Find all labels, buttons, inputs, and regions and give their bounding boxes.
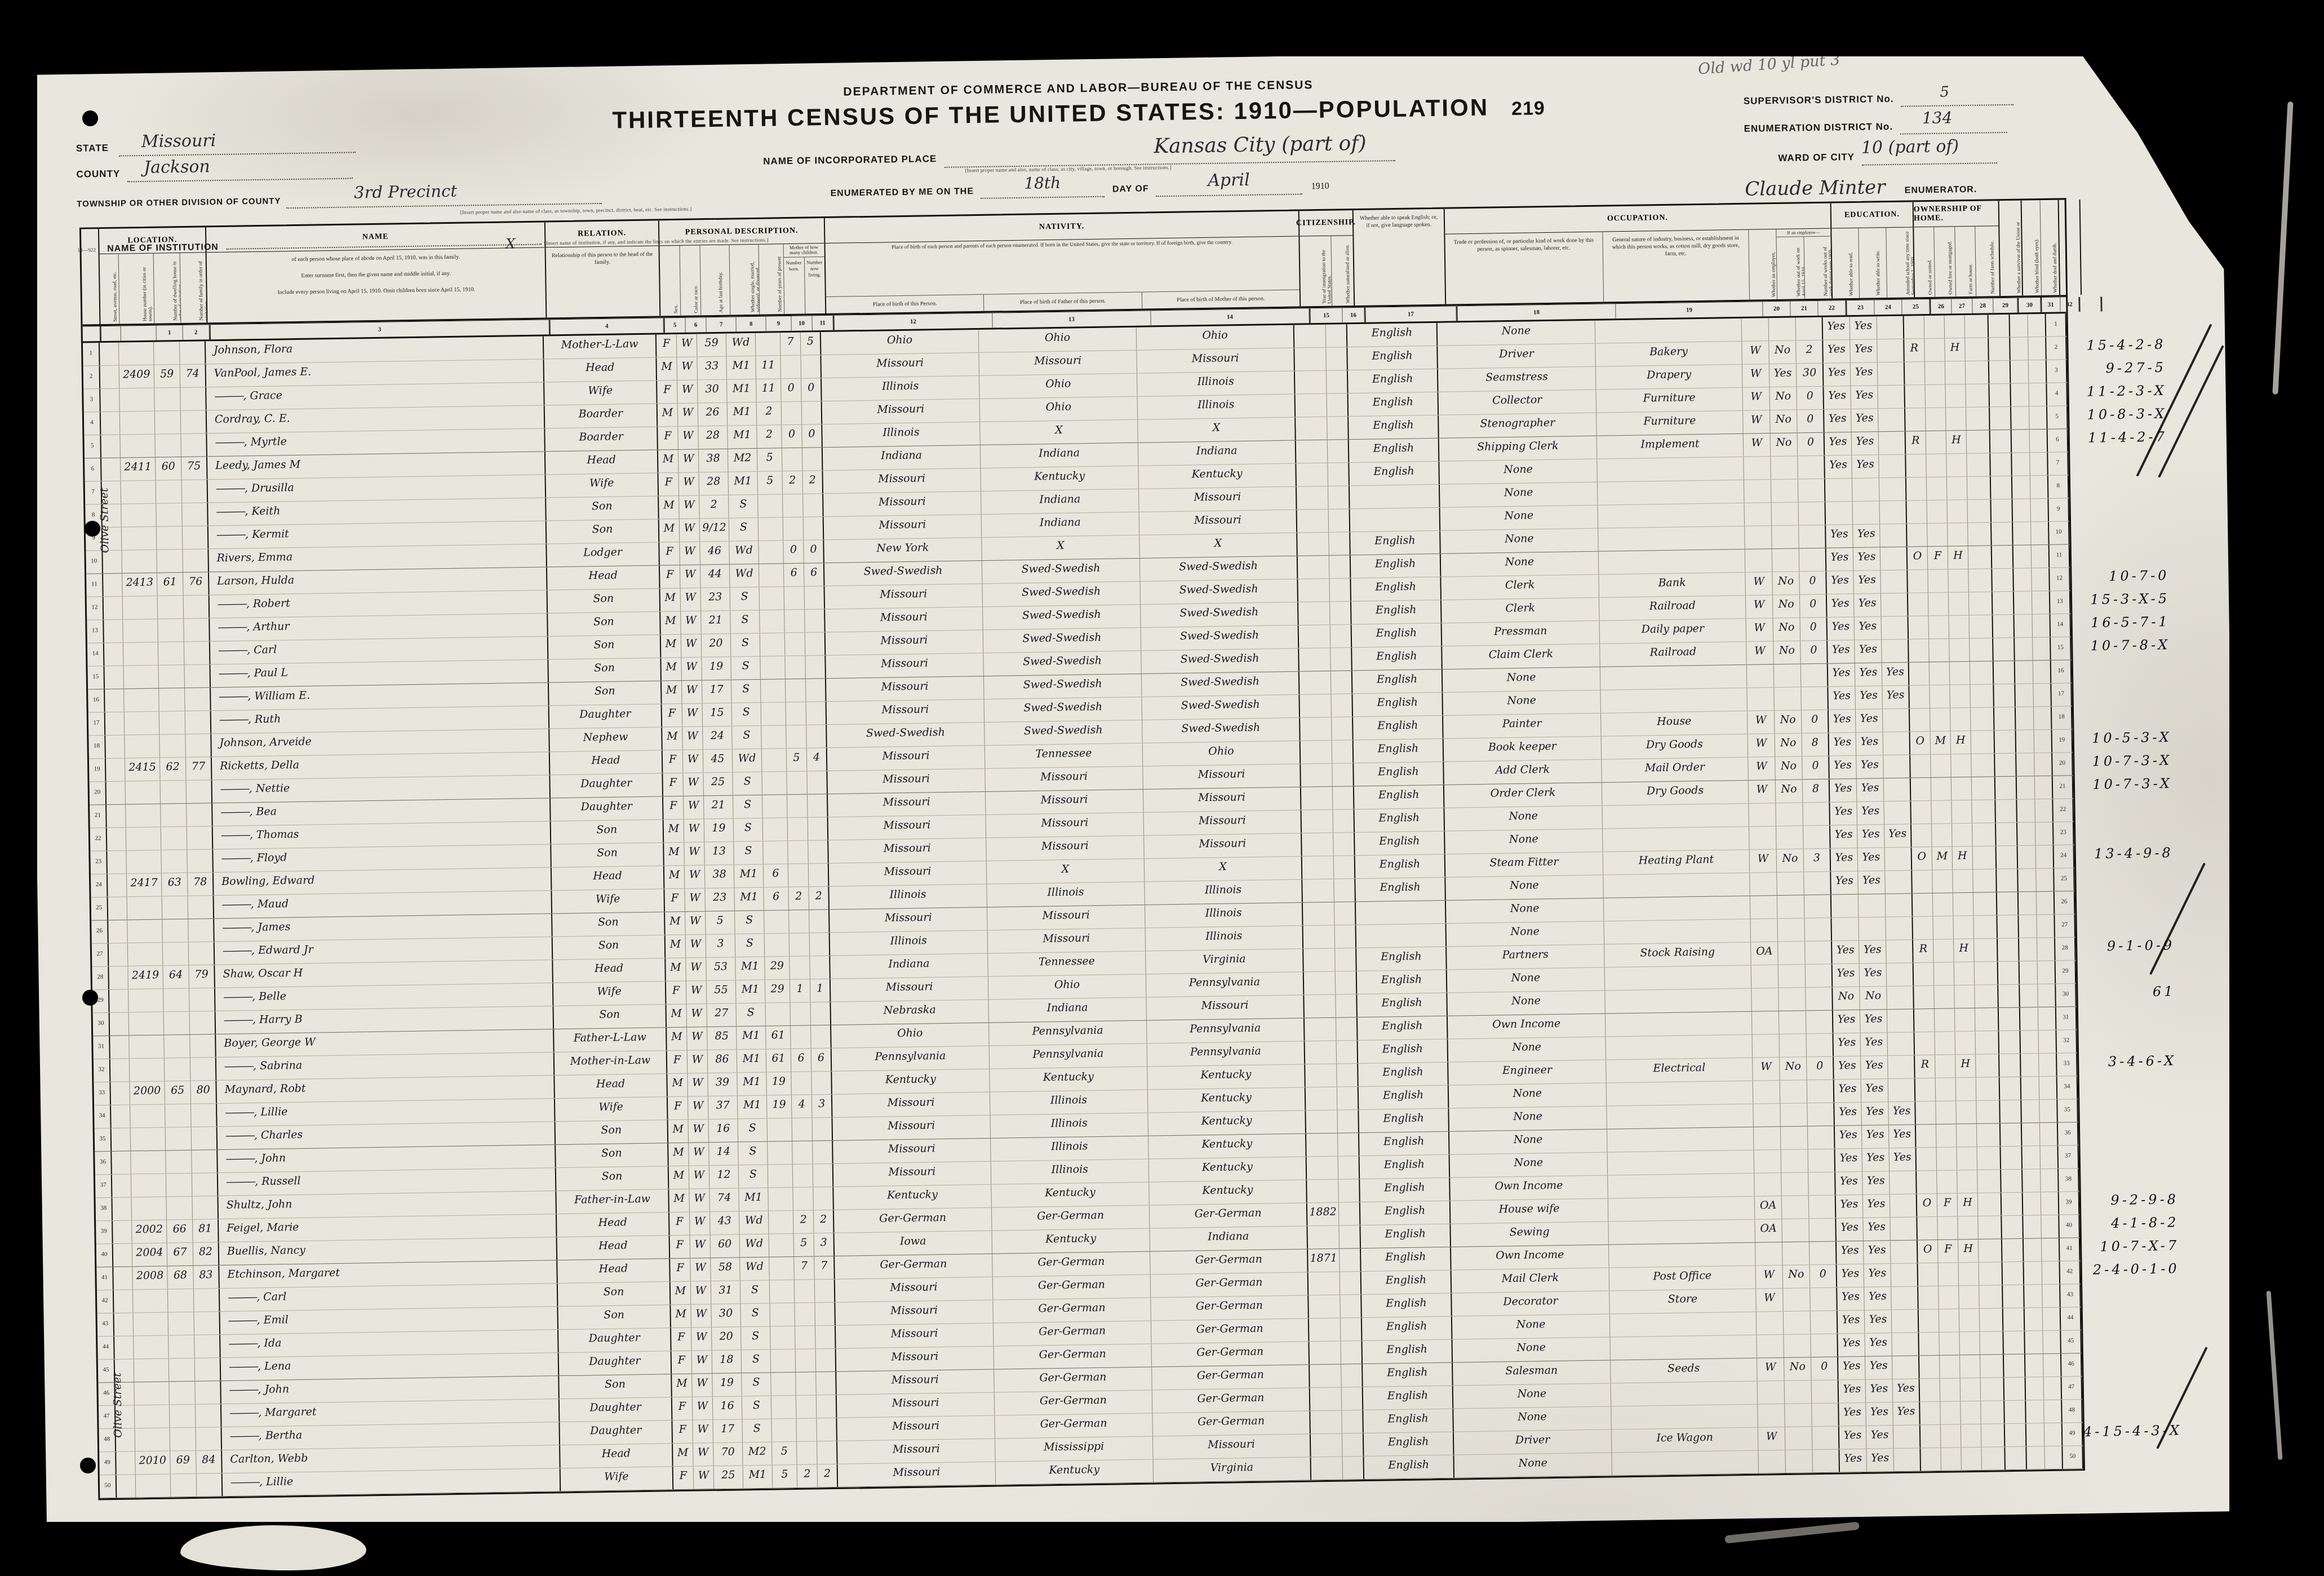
- col-o1-label: Owned or rented.: [1914, 227, 1935, 298]
- header-col-im: Year of immigration to the United States…: [1300, 236, 1332, 307]
- cell-o3: [1954, 962, 1975, 985]
- cell-sc: [1884, 802, 1911, 825]
- cell-bl: [2020, 984, 2038, 1007]
- cell-im: [1296, 440, 1328, 463]
- cell-d: [156, 503, 183, 526]
- cell-cs: [1751, 988, 1779, 1011]
- cell-d: [166, 1197, 193, 1220]
- cell-lnR: 19: [2052, 729, 2073, 752]
- cell-rd: Yes: [1826, 525, 1853, 548]
- cell-in: [1608, 1174, 1755, 1198]
- cell-h: [119, 388, 155, 411]
- cell-in: [1604, 919, 1751, 944]
- cell-wr: Yes: [1858, 848, 1886, 871]
- cell-wv: [2004, 1354, 2026, 1378]
- cell-y: [769, 1234, 795, 1257]
- cell-lnR: 5: [2047, 406, 2068, 429]
- cell-lg: English: [1358, 1016, 1448, 1040]
- cell-d: [170, 1428, 197, 1451]
- cell-d: [159, 711, 186, 734]
- cell-sx: F: [658, 473, 679, 496]
- cell-h: [134, 1382, 170, 1405]
- cell-rd: Yes: [1837, 1241, 1864, 1264]
- cell-cl: 0: [804, 540, 824, 563]
- col-b-label: Place of birth of this Person.: [826, 295, 984, 313]
- cell-rd: Yes: [1831, 871, 1859, 895]
- cell-lg: English: [1350, 531, 1441, 555]
- cell-lnR: 10: [2049, 521, 2070, 544]
- cell-o1: [1919, 1309, 1940, 1332]
- numbers-group: 17: [1365, 306, 1457, 322]
- cell-m: Wd: [730, 564, 760, 587]
- col-fb-label: Place of birth of Father of this person.: [984, 293, 1142, 311]
- cell-d: 65: [165, 1081, 191, 1104]
- cell-fb: Kentucky: [991, 1183, 1150, 1207]
- cell-y: [770, 1303, 795, 1326]
- cell-im: [1305, 1041, 1337, 1064]
- cell-cs: [1752, 1034, 1780, 1057]
- cell-f: 76: [183, 572, 210, 595]
- cell-st: [109, 967, 128, 990]
- cell-im: [1305, 1064, 1337, 1087]
- cell-sx: F: [671, 1328, 692, 1351]
- cell-wv: [2003, 1262, 2025, 1285]
- cell-o3: H: [1948, 546, 1969, 569]
- cell-y: [770, 1280, 795, 1303]
- ditto-surname-dash: ———: [220, 782, 249, 795]
- cell-in: [1607, 1104, 1754, 1129]
- cell-wk: [1806, 964, 1833, 988]
- cell-wv: [1999, 1031, 2021, 1054]
- cell-wk: [1809, 1219, 1837, 1242]
- nativity-note: Place of birth of each person and parent…: [825, 237, 1299, 297]
- cell-lnR: 26: [2055, 891, 2075, 914]
- group-title-own: OWNERSHIP OF HOME.: [1914, 201, 1999, 227]
- county-label: COUNTY: [76, 169, 120, 180]
- cell-sx: M: [662, 681, 682, 704]
- cell-o3: H: [1954, 939, 1975, 962]
- cell-wv: [1997, 846, 2019, 869]
- cell-oc: Driver: [1454, 1430, 1612, 1455]
- row-margin-scribble: 10-7-8-X: [2090, 637, 2170, 654]
- cell-cb: 0: [782, 425, 802, 448]
- cell-o4: [1976, 1077, 2001, 1100]
- cell-o3: [1945, 361, 1966, 384]
- cell-o2: [1933, 916, 1954, 939]
- cell-f: 77: [186, 757, 212, 780]
- cell-o2: [1941, 1424, 1962, 1447]
- cell-na: [1338, 1156, 1360, 1179]
- cell-wv: [2000, 1077, 2022, 1100]
- cell-o1: [1905, 408, 1926, 431]
- ditto-surname-dash: ———: [225, 1152, 254, 1165]
- cell-lg: English: [1352, 693, 1443, 716]
- cell-cl: [817, 1395, 837, 1418]
- cell-oc: Own Income: [1448, 1014, 1606, 1039]
- cell-rl: Head: [557, 1212, 670, 1237]
- cell-na: [1334, 902, 1356, 925]
- header-col-na: Whether naturalized or alien.: [1332, 236, 1354, 306]
- cell-sx: F: [664, 889, 685, 912]
- cell-sc: [1887, 1032, 1915, 1055]
- group-title-pd: PERSONAL DESCRIPTION.: [659, 218, 824, 246]
- group-loc: LOCATION.Street, avenue, road, etc.House…: [99, 227, 207, 324]
- cell-f: 75: [181, 457, 208, 480]
- header-col-b: Place of birth of this Person.: [826, 295, 984, 313]
- cell-wr: Yes: [1851, 362, 1878, 386]
- cell-m: S: [735, 911, 765, 934]
- cell-im: [1299, 625, 1331, 648]
- cell-lg: English: [1358, 1039, 1449, 1063]
- cell-o4: [1971, 754, 1995, 777]
- scan-edge-left: [0, 0, 37, 1576]
- cell-na: [1335, 925, 1357, 948]
- cell-wv: [1992, 569, 2014, 592]
- cell-cb: [785, 633, 806, 656]
- cell-f: [181, 410, 207, 433]
- cell-m: Wd: [733, 749, 762, 772]
- cell-sc: [1890, 1171, 1917, 1194]
- cell-cb: [792, 1118, 813, 1141]
- col-wk-label: Number of weeks out of work during year …: [1804, 237, 1831, 299]
- cell-cs: [1744, 457, 1771, 480]
- cell-sx: M: [658, 404, 678, 427]
- cell-sx: M: [660, 588, 681, 612]
- cell-bl: [2015, 661, 2034, 683]
- cell-sx: F: [670, 1236, 691, 1259]
- cell-fb: Indiana: [981, 443, 1139, 468]
- cell-m: S: [729, 518, 759, 541]
- cell-o2: [1940, 1401, 1961, 1424]
- row-margin-scribble: 10-7-0: [2109, 568, 2170, 585]
- col-h-label: House number (in cities or towns).: [119, 254, 154, 324]
- cell-rd: Yes: [1836, 1218, 1864, 1241]
- cell-a: 19: [712, 1373, 742, 1396]
- cell-lg: English: [1358, 1063, 1449, 1086]
- cell-na: [1335, 948, 1357, 971]
- cell-cb: 6: [784, 564, 805, 587]
- cell-h: [122, 527, 157, 550]
- cell-ow: [1774, 687, 1802, 710]
- cell-lg: English: [1351, 577, 1442, 601]
- cell-rd: Yes: [1826, 548, 1854, 571]
- numbers-group: 567891011: [664, 316, 834, 333]
- cell-d: 59: [154, 365, 181, 388]
- cell-ow: No: [1773, 595, 1800, 618]
- cell-o1: [1909, 685, 1930, 709]
- ditto-surname-dash: ———: [224, 1060, 253, 1073]
- cell-d: [158, 596, 184, 619]
- cell-f: [196, 1404, 222, 1427]
- cell-wv: [1997, 915, 2019, 938]
- cell-c: W: [681, 657, 702, 680]
- cell-na: [1334, 856, 1356, 879]
- cell-lg: English: [1362, 1317, 1453, 1340]
- cell-cb: 2: [782, 471, 803, 494]
- cell-sx: F: [660, 565, 681, 588]
- cell-df: [2029, 383, 2047, 406]
- cell-sc: [1892, 1356, 1920, 1379]
- cell-a: 86: [708, 1050, 738, 1073]
- cell-lg: English: [1364, 1455, 1455, 1479]
- cell-na: [1332, 717, 1354, 740]
- cell-oc: Mail Clerk: [1452, 1268, 1610, 1293]
- cell-wv: [1995, 731, 2017, 754]
- cell-m: M1: [737, 1026, 766, 1050]
- cell-wk: 8: [1803, 780, 1830, 803]
- row-margin-scribble: 10-8-3-X: [2087, 406, 2167, 423]
- cell-oc: None: [1452, 1314, 1611, 1339]
- cell-y: 5: [772, 1442, 797, 1465]
- cell-fb: X: [980, 420, 1138, 445]
- cell-o4: [1967, 476, 1992, 499]
- cell-na: [1342, 1433, 1364, 1457]
- cell-oc: None: [1447, 991, 1605, 1016]
- cell-wv: [2001, 1123, 2023, 1146]
- cell-a: 13: [704, 842, 734, 865]
- cell-a: 23: [705, 888, 735, 911]
- cell-b: Missouri: [826, 653, 984, 678]
- group-columns: [81, 229, 100, 324]
- cell-wv: [1993, 615, 2015, 638]
- cell-sc: [1877, 316, 1905, 339]
- cell-wv: [1998, 962, 2020, 985]
- cell-sc: [1879, 432, 1906, 455]
- cell-rl: Mother-in-Law: [555, 1051, 668, 1075]
- col-number-o4: 29: [1993, 298, 2017, 313]
- cell-cs: W: [1748, 757, 1776, 780]
- cell-y: 19: [767, 1095, 792, 1118]
- cell-wr: [1852, 501, 1880, 524]
- cell-mb: Pennsylvania: [1146, 972, 1305, 997]
- cell-lg: English: [1361, 1247, 1452, 1271]
- cell-a: 46: [700, 542, 730, 565]
- cell-d: [171, 1474, 197, 1497]
- col-sx-label-text: Sex.: [672, 249, 678, 313]
- cell-wk: [1798, 479, 1826, 502]
- cell-y: [761, 725, 787, 749]
- col-ow-label: Whether out of work on April 15, 1910.: [1777, 237, 1804, 299]
- cell-lg: English: [1361, 1270, 1452, 1294]
- col-number-wr: 24: [1874, 300, 1902, 315]
- cell-ow: [1771, 456, 1798, 479]
- cell-o4: [1973, 915, 1998, 938]
- cell-ow: [1781, 1126, 1808, 1149]
- subgroup-caption: Mother of how many children.: [783, 244, 824, 258]
- cell-sc: [1884, 778, 1911, 802]
- cell-cl: 2: [818, 1464, 839, 1488]
- cell-lg: English: [1349, 462, 1440, 485]
- cell-a: 85: [707, 1027, 737, 1050]
- cell-h: [126, 827, 162, 851]
- cell-o2: [1934, 962, 1955, 985]
- col-number-oc: 18: [1457, 304, 1616, 321]
- cell-lg: English: [1360, 1178, 1451, 1202]
- cell-cb: [784, 587, 805, 610]
- cell-wk: 0: [1797, 387, 1824, 410]
- cell-oc: None: [1452, 1338, 1611, 1362]
- header-col-sx: Sex.: [660, 246, 681, 316]
- cell-wr: Yes: [1861, 1102, 1889, 1125]
- cell-f: [195, 1381, 221, 1404]
- cell-b: Pennsylvania: [832, 1046, 990, 1071]
- cell-h: 2409: [119, 365, 155, 388]
- cell-rd: Yes: [1824, 409, 1852, 432]
- cell-fb: X: [987, 859, 1145, 884]
- cell-wk: [1812, 1450, 1840, 1473]
- cell-f: [192, 1196, 219, 1219]
- header-col-cl: Number now living.: [804, 257, 825, 314]
- cell-im: [1309, 1342, 1341, 1365]
- cell-im: [1309, 1272, 1341, 1295]
- cell-o3: [1955, 1032, 1976, 1055]
- cell-cb: [788, 818, 809, 841]
- group-own: OWNERSHIP OF HOME.Owned or rented.Owned …: [1914, 201, 2001, 297]
- cell-oc: Salesman: [1453, 1361, 1611, 1385]
- cell-st: [105, 712, 125, 736]
- cell-wr: Yes: [1866, 1426, 1894, 1449]
- cell-df: [2043, 1354, 2062, 1376]
- cell-o3: [1948, 523, 1968, 546]
- cell-a: 30: [698, 380, 728, 403]
- cell-rd: Yes: [1828, 617, 1855, 640]
- cell-rl: Head: [557, 1259, 671, 1283]
- cell-oc: None: [1445, 829, 1603, 854]
- ditto-surname-dash: ———: [216, 482, 245, 495]
- numbers-group: 1516: [1310, 308, 1365, 323]
- cell-ow: No: [1783, 1265, 1811, 1288]
- cell-rl: Son: [553, 1004, 667, 1029]
- cell-ow: No: [1772, 572, 1800, 595]
- cell-rl: Boarder: [545, 427, 658, 451]
- cell-lnR: 46: [2061, 1353, 2082, 1376]
- cell-lg: English: [1362, 1340, 1453, 1363]
- cell-sx: M: [668, 1143, 689, 1166]
- cell-sc: [1887, 986, 1914, 1010]
- cell-oc: None: [1438, 321, 1596, 346]
- cell-lnL: 14: [87, 643, 105, 666]
- cell-b: Indiana: [823, 445, 981, 470]
- cell-o3: [1947, 477, 1968, 500]
- cell-wv: [1997, 869, 2019, 892]
- cell-h: [122, 550, 157, 573]
- cell-o1: O: [1908, 547, 1928, 570]
- hole-punch-2: [85, 521, 100, 537]
- cell-bl: [2019, 915, 2037, 937]
- cell-cs: [1744, 503, 1772, 526]
- cell-m: S: [730, 610, 760, 634]
- cell-h: [119, 342, 154, 365]
- cell-lnR: 23: [2054, 822, 2074, 845]
- cell-ow: [1779, 1034, 1807, 1057]
- day-of-label: DAY OF: [1112, 184, 1149, 194]
- header-col-m: Whether single, married, widowed, or div…: [730, 245, 760, 315]
- cell-lnR: 27: [2055, 914, 2075, 937]
- cell-b: Illinois: [830, 931, 988, 955]
- cell-h: [128, 989, 164, 1012]
- cell-d: [154, 342, 180, 365]
- cell-b: Missouri: [828, 815, 987, 840]
- cell-h: [135, 1405, 170, 1428]
- cell-a: 20: [702, 634, 731, 657]
- cell-m: Wd: [726, 333, 756, 356]
- cell-o1: R: [1915, 1055, 1936, 1078]
- cell-cl: [806, 725, 827, 748]
- cell-cs: [1750, 873, 1777, 896]
- cell-in: Seeds: [1611, 1358, 1758, 1383]
- cell-b: Nebraska: [831, 1000, 989, 1025]
- cell-mb: Swed-Swedish: [1142, 695, 1300, 720]
- cell-in: [1608, 1150, 1755, 1175]
- cell-oc: None: [1440, 506, 1599, 530]
- cell-f: [182, 480, 209, 503]
- cell-wr: Yes: [1864, 1287, 1892, 1310]
- cell-rl: Head: [560, 1444, 673, 1468]
- cell-bl: [2011, 406, 2030, 429]
- cell-cs: [1749, 826, 1777, 849]
- cell-na: [1328, 440, 1350, 463]
- cell-o3: H: [1946, 431, 1967, 454]
- cell-cb: 1: [790, 980, 811, 1003]
- cell-y: [756, 333, 781, 356]
- cell-in: [1607, 1127, 1754, 1152]
- cell-m: M1: [735, 957, 765, 980]
- cell-ow: [1782, 1242, 1810, 1265]
- row-margin-scribble: 2-4-0-1-0: [2093, 1261, 2180, 1278]
- row-margin-scribble: 13-4-9-8: [2094, 845, 2174, 862]
- cell-sx: F: [667, 1051, 688, 1074]
- group-title-cit: CITIZENSHIP.: [1300, 210, 1353, 236]
- cell-im: [1301, 810, 1333, 833]
- cell-wk: [1808, 1172, 1836, 1196]
- cell-cb: [783, 517, 804, 541]
- cell-sx: F: [668, 1097, 689, 1120]
- cell-y: [771, 1349, 796, 1373]
- cell-wv: [1998, 985, 2020, 1008]
- cell-rd: Yes: [1833, 1010, 1861, 1033]
- cell-c: W: [689, 1166, 710, 1189]
- cell-im: [1305, 1018, 1337, 1041]
- cell-c: W: [688, 1073, 708, 1096]
- cell-bl: [2015, 684, 2034, 706]
- cell-oc: Own Income: [1451, 1245, 1609, 1270]
- cell-m: S: [733, 795, 763, 818]
- cell-rd: Yes: [1839, 1380, 1866, 1403]
- group-name: NAMEof each person whose place of abode …: [206, 222, 547, 322]
- cell-wk: [1806, 1011, 1834, 1034]
- cell-o4: [1975, 985, 1999, 1008]
- cell-m: M1: [727, 379, 757, 402]
- cell-oc: Add Clerk: [1444, 760, 1602, 785]
- cell-rl: Wife: [544, 380, 658, 405]
- cell-lg: [1350, 508, 1441, 532]
- cell-sc: [1883, 709, 1910, 732]
- cell-o4: [1973, 846, 1997, 869]
- cell-b: Missouri: [821, 353, 979, 378]
- cell-sc: [1879, 501, 1907, 524]
- cell-oc: None: [1446, 898, 1604, 923]
- cell-mb: Swed-Swedish: [1141, 603, 1299, 627]
- cell-fb: Ger-German: [994, 1321, 1152, 1346]
- cell-im: [1297, 510, 1329, 533]
- col-number-cl: 11: [812, 316, 833, 331]
- hole-punch-3: [82, 990, 98, 1006]
- cell-mb: Missouri: [1153, 1434, 1311, 1459]
- cell-o4: [1975, 1031, 1999, 1054]
- cell-wk: 0: [1800, 618, 1828, 641]
- cell-mb: Kentucky: [1138, 464, 1297, 489]
- cell-mb: Kentucky: [1147, 1065, 1306, 1090]
